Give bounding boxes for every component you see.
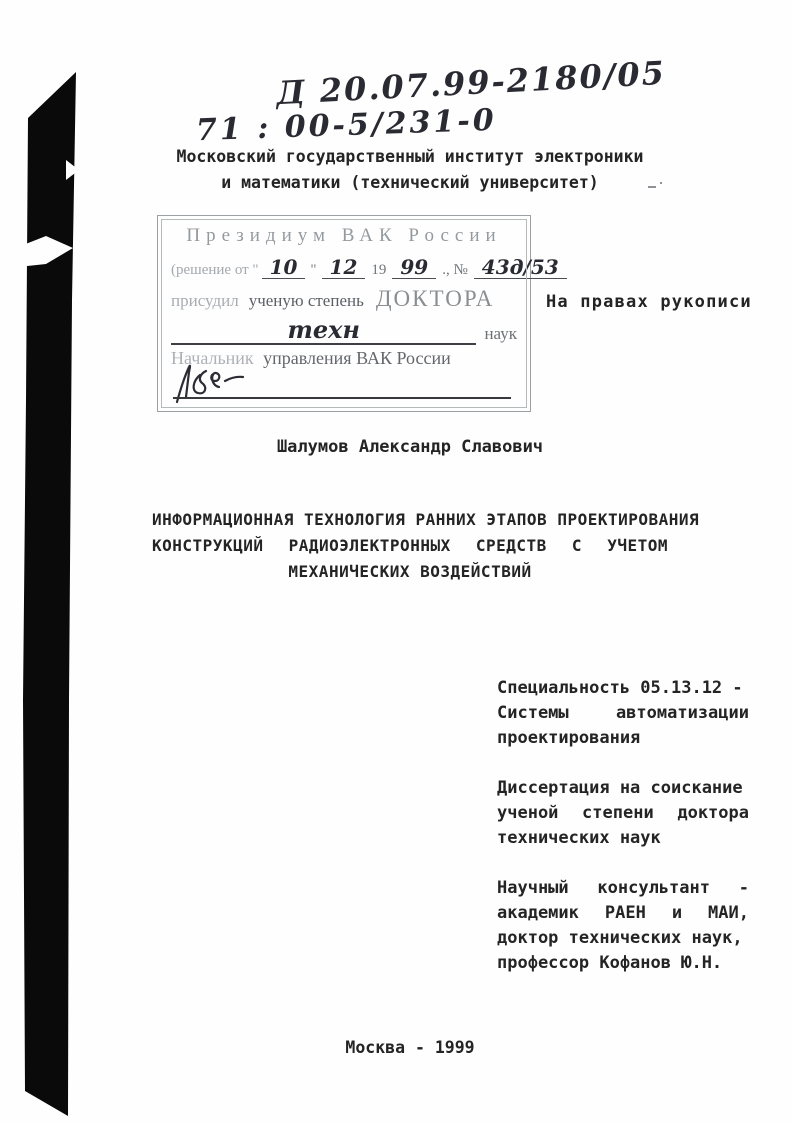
title-line-2: КОНСТРУКЦИЙ РАДИОЭЛЕКТРОННЫХ СРЕДСТВ С У…: [152, 533, 668, 559]
ink-speck: [648, 186, 656, 188]
stamp-decision-line: (решение от " 10 " 12 19 99 ., № 43д/53: [171, 256, 517, 282]
vak-approval-stamp: Президиум ВАК России (решение от " 10 " …: [157, 215, 531, 412]
decision-quote: ": [310, 258, 316, 282]
decision-year-printed: 19: [371, 258, 386, 282]
consultant-line-3: доктор технических наук,: [497, 926, 749, 951]
decision-day-handwritten: 10: [262, 256, 306, 279]
decision-prefix: (решение от ": [171, 258, 259, 282]
stamp-field-line: техн наук: [171, 317, 517, 345]
signature-underline: [173, 397, 511, 399]
stamp-signature-line: [171, 370, 517, 402]
consultant-line-1: Научный консультант -: [497, 876, 749, 901]
degree-value: ДОКТОРА: [376, 286, 494, 311]
title-line-1: ИНФОРМАЦИОННАЯ ТЕХНОЛОГИЯ РАННИХ ЭТАПОВ …: [152, 507, 668, 533]
author-name: Шалумов Александр Славович: [150, 437, 670, 457]
official-title-rest: управления ВАК России: [263, 348, 451, 368]
stamp-header: Президиум ВАК России: [171, 225, 517, 247]
binding-notch: [18, 236, 73, 267]
handwritten-catalog-number-2: 71 : 00-5/231-0: [195, 103, 497, 148]
manuscript-rights-note: На правах рукописи: [546, 292, 752, 312]
consultant-block: Научный консультант - академик РАЕН и МА…: [497, 876, 749, 976]
dissertation-line-2: ученой степени доктора: [497, 801, 749, 826]
footer-city-year: Москва - 1999: [150, 1038, 670, 1057]
stamp-degree-line: присудил ученую степень ДОКТОРА: [171, 286, 517, 315]
institution-line-1: Московский государственный институт элек…: [140, 144, 680, 170]
dissertation-line-1: Диссертация на соискание: [497, 776, 749, 801]
title-line-3: МЕХАНИЧЕСКИХ ВОЗДЕЙСТВИЙ: [152, 559, 668, 585]
specialty-line-1: Специальность 05.13.12 -: [497, 676, 749, 701]
consultant-line-4: профессор Кофанов Ю.Н.: [497, 951, 749, 976]
field-handwritten: техн: [287, 315, 359, 344]
decision-number-handwritten: 43д/53: [474, 256, 567, 279]
specialty-block: Специальность 05.13.12 - Системы автомат…: [497, 676, 749, 751]
degree-words: ученую степень: [249, 291, 364, 310]
specialty-line-3: проектирования: [497, 726, 749, 751]
decision-year-handwritten: 99: [392, 256, 436, 279]
scanned-page: Д 20.07.99-2180/05 71 : 00-5/231-0 Моско…: [0, 0, 793, 1122]
dissertation-type-block: Диссертация на соискание ученой степени …: [497, 776, 749, 851]
institution-heading: Московский государственный институт элек…: [140, 144, 680, 196]
right-column: Специальность 05.13.12 - Системы автомат…: [497, 676, 749, 1001]
field-underline: техн: [171, 317, 476, 345]
degree-word-faint: присудил: [171, 291, 239, 310]
dissertation-title: ИНФОРМАЦИОННАЯ ТЕХНОЛОГИЯ РАННИХ ЭТАПОВ …: [152, 507, 668, 585]
ink-speck: [660, 182, 662, 184]
decision-number-label: ., №: [442, 258, 468, 282]
institution-line-2: и математики (технический университет): [140, 170, 680, 196]
field-suffix: наук: [476, 323, 517, 345]
specialty-line-2: Системы автоматизации: [497, 701, 749, 726]
decision-month-handwritten: 12: [322, 256, 366, 279]
consultant-line-2: академик РАЕН и МАИ,: [497, 901, 749, 926]
dissertation-line-3: технических наук: [497, 826, 749, 851]
